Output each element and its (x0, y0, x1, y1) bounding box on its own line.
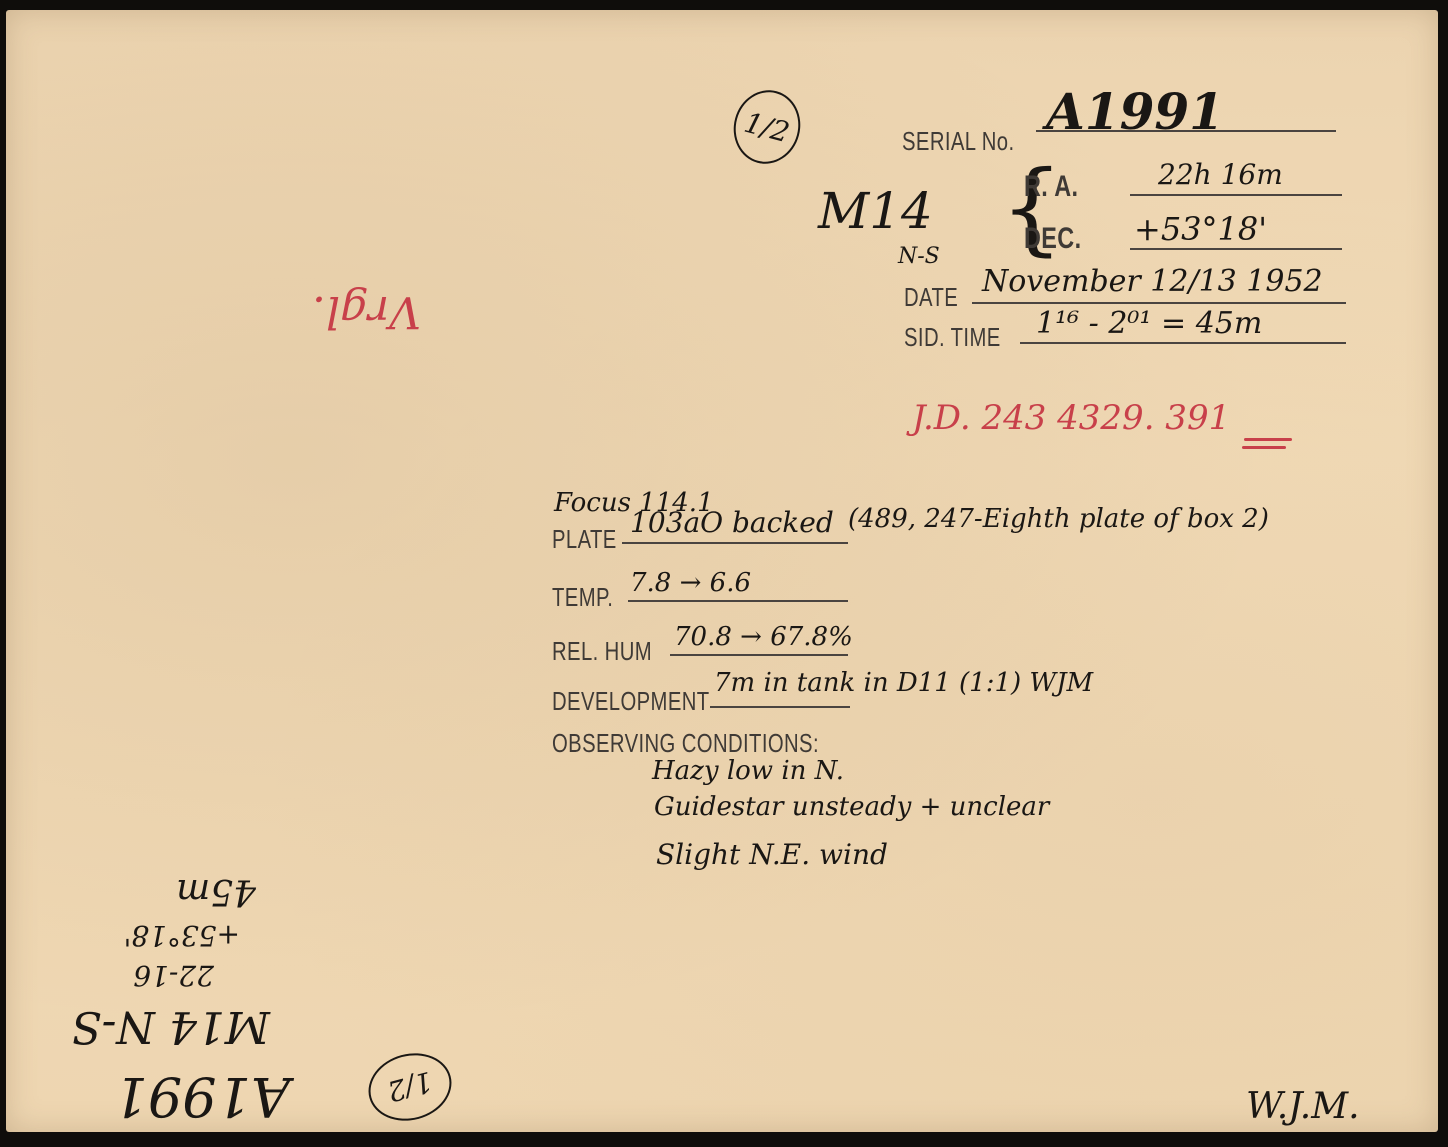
sid-time-label: SID. TIME (904, 322, 1001, 353)
observing-conditions-label: OBSERVING CONDITIONS: (552, 728, 819, 759)
rel-hum-value: 70.8 → 67.8% (674, 622, 853, 652)
observing-line-1: Hazy low in N. (652, 756, 844, 786)
ra-label: R. A. (1024, 170, 1078, 204)
ra-rule (1130, 194, 1342, 196)
development-value: 7m in tank in D11 (1:1) WJM (714, 668, 1093, 698)
plate-sequence-text: 1/2 (741, 105, 793, 149)
plate-envelope: 1/2 SERIAL No. A1991 M14 N-S { R. A. 22h… (6, 10, 1438, 1132)
observing-line-2: Guidestar unsteady + unclear (654, 792, 1049, 822)
inverted-ra: 22-16 (133, 959, 214, 992)
plate-note: (489, 247-Eighth plate of box 2) (848, 504, 1269, 534)
date-value: November 12/13 1952 (982, 264, 1323, 299)
temp-rule (628, 600, 848, 602)
inverted-exposure: 45m (176, 871, 256, 912)
jd-double-underline-2 (1242, 446, 1286, 449)
dec-label: DEC. (1024, 222, 1081, 256)
sid-time-value: 1¹⁶ - 2⁰¹ = 45m (1036, 306, 1262, 341)
development-label: DEVELOPMENT (552, 686, 710, 717)
observing-line-3: Slight N.E. wind (656, 838, 888, 871)
rel-hum-label: REL. HUM (552, 636, 652, 667)
red-inverted-annotation: Vrgl. (312, 286, 421, 337)
inverted-circle-text: 1/2 (384, 1065, 436, 1109)
jd-double-underline-1 (1244, 438, 1292, 441)
inverted-serial: A1991 (114, 1065, 290, 1128)
object-orientation: N-S (898, 244, 940, 269)
serial-value: A1991 (1046, 82, 1224, 141)
plate-rule (622, 542, 848, 544)
inverted-summary-block: 1/2 A1991 M14 N-S 22-16 +53°18' 45m (76, 868, 476, 1138)
date-label: DATE (904, 282, 958, 313)
inverted-sequence-circle: 1/2 (361, 1044, 459, 1129)
plate-sequence-circle: 1/2 (726, 83, 809, 172)
development-rule (710, 706, 850, 708)
rel-hum-rule (670, 654, 848, 656)
ra-value: 22h 16m (1158, 158, 1283, 191)
inverted-object: M14 N-S (71, 1001, 270, 1052)
dec-rule (1130, 248, 1342, 250)
temp-label: TEMP. (552, 582, 613, 613)
object-name: M14 (818, 182, 933, 240)
observer-initials: W.J.M. (1246, 1086, 1360, 1127)
serial-label: SERIAL No. (902, 126, 1014, 157)
temp-value: 7.8 → 6.6 (630, 568, 751, 598)
plate-value: 103aO backed (630, 506, 834, 539)
plate-label: PLATE (552, 524, 617, 555)
dec-value: +53°18' (1134, 210, 1267, 248)
date-rule (972, 302, 1346, 304)
julian-date: J.D. 243 4329. 391 (912, 398, 1230, 438)
sid-time-rule (1020, 342, 1346, 344)
inverted-dec: +53°18' (124, 919, 240, 952)
